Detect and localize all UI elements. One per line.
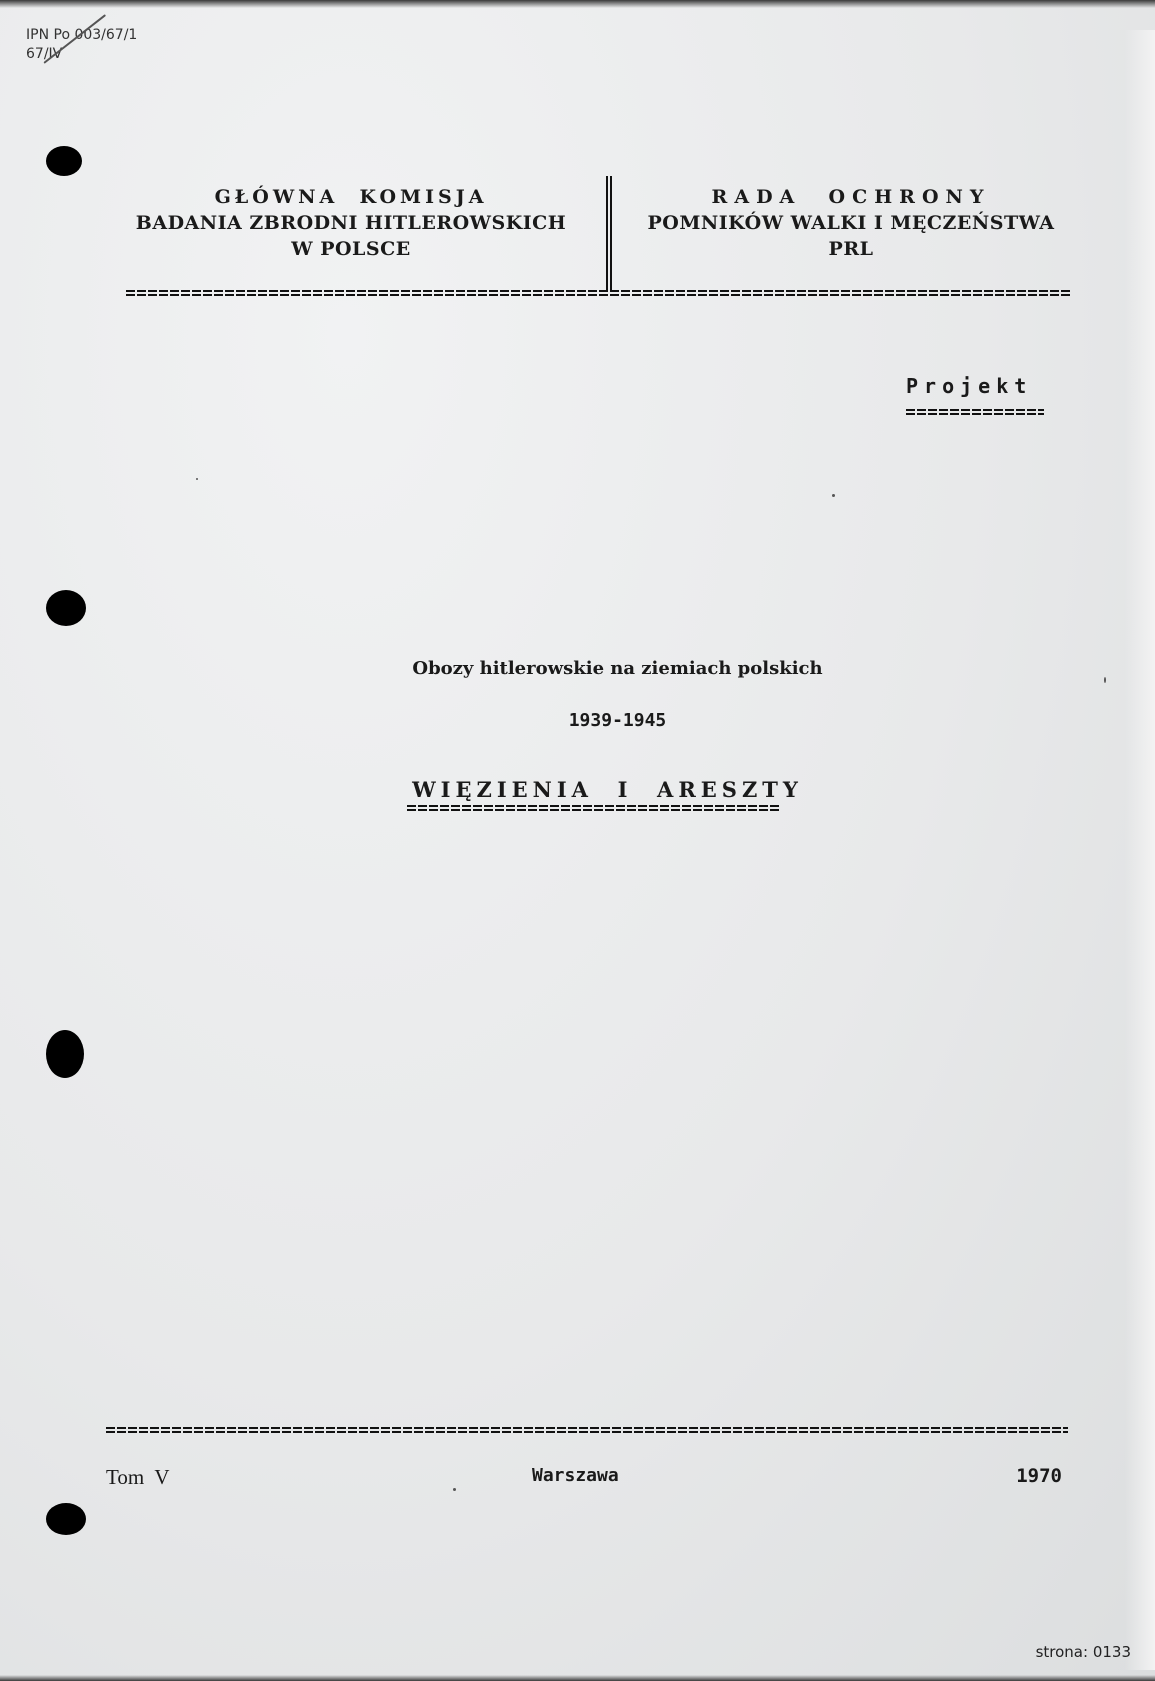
header-divider	[606, 176, 612, 290]
scan-speck	[1104, 677, 1106, 683]
document-header: GŁÓWNA KOMISJA BADANIA ZBRODNI HITLEROWS…	[120, 184, 1070, 294]
left-organization: GŁÓWNA KOMISJA BADANIA ZBRODNI HITLEROWS…	[120, 184, 582, 262]
scan-speck	[196, 478, 198, 480]
header-rule	[126, 290, 1070, 296]
left-org-line3: W POLSCE	[120, 236, 582, 262]
punch-hole-icon	[46, 1030, 84, 1078]
status-label: Projekt	[906, 374, 1032, 398]
left-org-line1: GŁÓWNA KOMISJA	[120, 184, 582, 210]
right-org-line3: PRL	[632, 236, 1070, 262]
document-years: 1939-1945	[40, 710, 1155, 731]
scan-right-edge	[1125, 30, 1155, 1670]
right-organization: RADA OCHRONY POMNIKÓW WALKI I MĘCZEŃSTWA…	[632, 184, 1070, 262]
footer-rule	[106, 1427, 1068, 1433]
document-title: WIĘZIENIA I ARESZTY	[30, 777, 1155, 802]
scan-speck	[832, 494, 835, 497]
city-label: Warszawa	[532, 1465, 619, 1486]
punch-hole-icon	[46, 590, 86, 626]
scan-bottom-edge	[0, 1675, 1155, 1681]
left-org-line2: BADANIA ZBRODNI HITLEROWSKICH	[120, 210, 582, 236]
punch-hole-icon	[46, 146, 82, 176]
year-label: 1970	[1016, 1465, 1062, 1487]
document-footer: Tom V Warszawa 1970	[106, 1465, 1066, 1491]
page-number: strona: 0133	[1036, 1643, 1131, 1661]
title-underline	[407, 805, 779, 811]
status-underline	[906, 409, 1044, 415]
archive-reference-line1: IPN Po 003/67/1	[26, 26, 137, 45]
right-org-line1: RADA OCHRONY	[632, 184, 1070, 210]
document-subtitle: Obozy hitlerowskie na ziemiach polskich	[40, 658, 1155, 679]
scan-speck	[453, 1488, 456, 1491]
right-org-line2: POMNIKÓW WALKI I MĘCZEŃSTWA	[632, 210, 1070, 236]
scanned-document-page: IPN Po 003/67/1 67/IV GŁÓWNA KOMISJA BAD…	[0, 0, 1155, 1681]
scan-top-edge	[0, 0, 1155, 8]
punch-hole-icon	[46, 1503, 86, 1535]
volume-label: Tom V	[106, 1465, 169, 1490]
